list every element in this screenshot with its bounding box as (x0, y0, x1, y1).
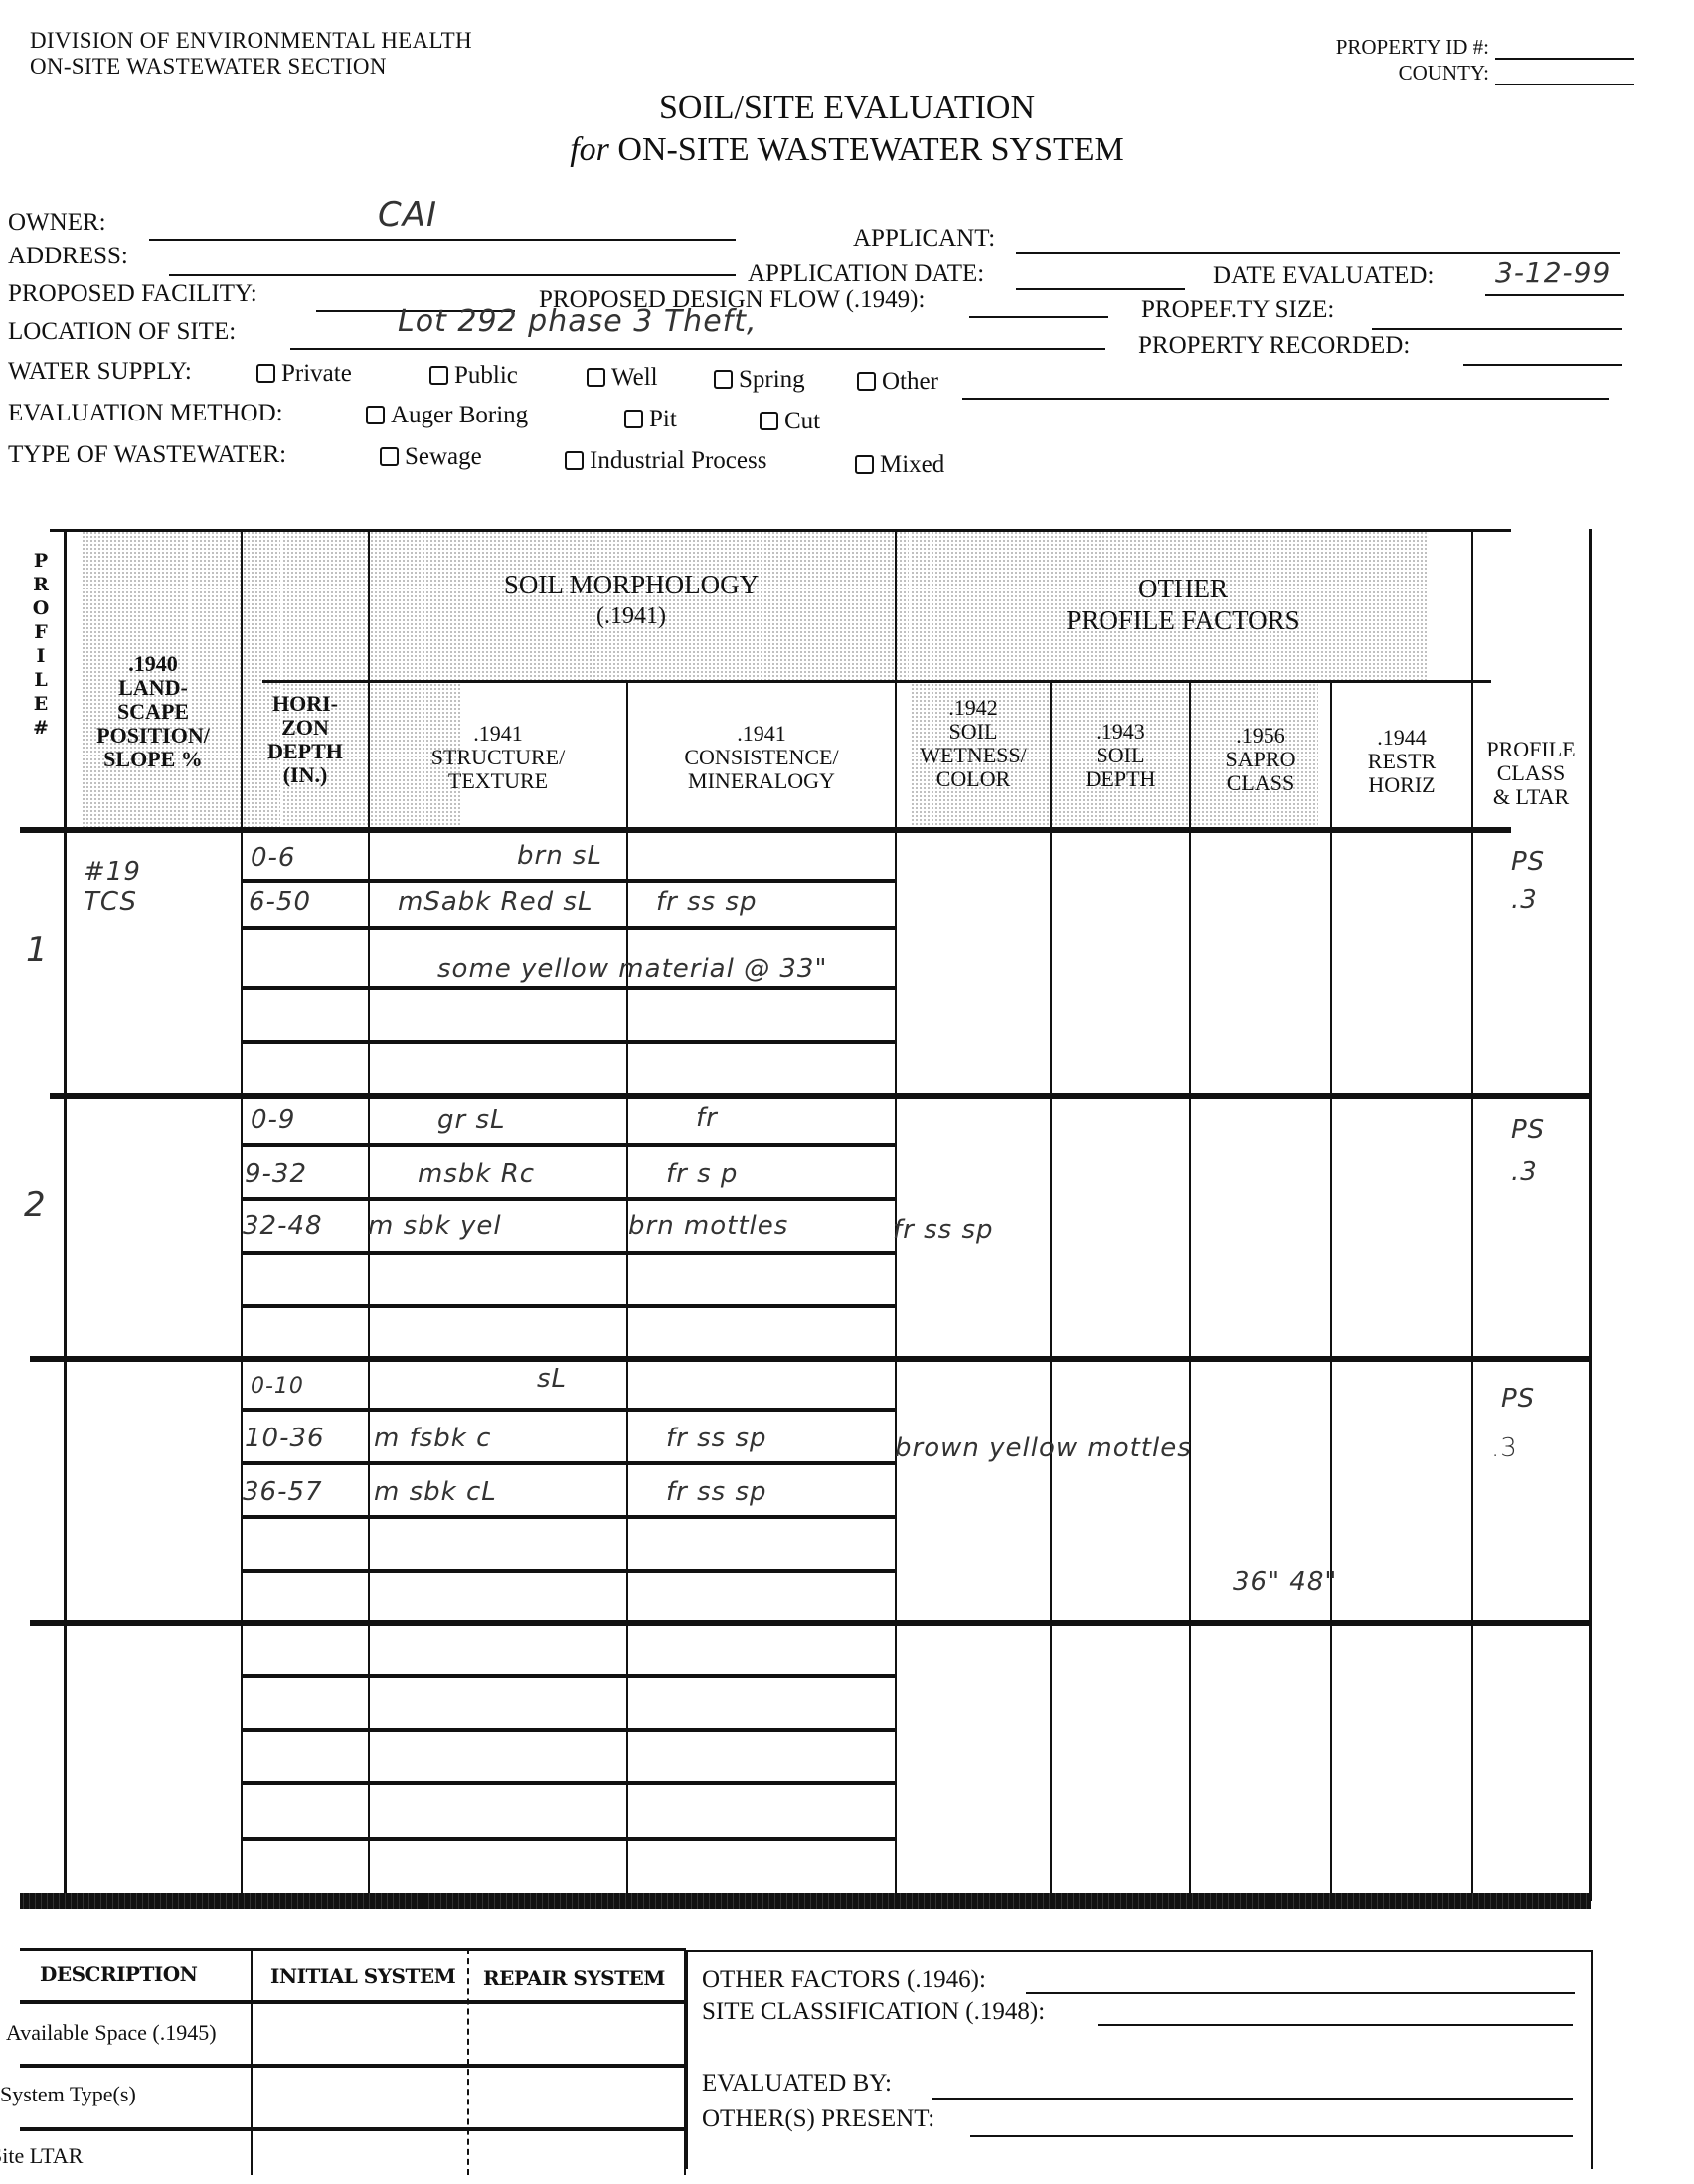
structure-texture-header: .1941 STRUCTURE/ TEXTURE (370, 722, 626, 793)
profile-1-h2-consistence[interactable]: fr ss sp (656, 887, 758, 917)
location-field[interactable] (290, 348, 1105, 350)
consistence-header: .1941 CONSISTENCE/ MINERALOGY (628, 722, 895, 793)
profile-3-depth-note[interactable]: 36" 48" (1233, 1567, 1337, 1596)
checkbox-icon[interactable] (587, 368, 605, 387)
other-factors-field[interactable] (1026, 1992, 1575, 1994)
profile-1-h2-depth[interactable]: 6-50 (249, 887, 311, 917)
profile-1-h1-structure[interactable]: brn sL (517, 841, 602, 871)
horizon-row-line (241, 1197, 895, 1201)
repair-available-space-cell[interactable] (469, 2004, 682, 2062)
soil-morphology-header: SOIL MORPHOLOGY (.1941) (368, 569, 895, 632)
horizon-row-line (241, 879, 895, 883)
owner-value: CAI (378, 195, 437, 235)
soil-depth-header: .1943 SOIL DEPTH (1052, 720, 1189, 791)
sapro-class-header: .1956 SAPRO CLASS (1191, 724, 1330, 795)
county-field[interactable] (1495, 68, 1634, 85)
horizon-row-line (241, 1251, 895, 1255)
profile-3-h2-depth[interactable]: 10-36 (245, 1424, 325, 1453)
profile-2-number: 2 (24, 1185, 47, 1225)
site-summary-box: OTHER FACTORS (.1946): SITE CLASSIFICATI… (686, 1950, 1593, 2169)
profile-2-wetness[interactable]: fr ss sp (893, 1215, 994, 1245)
profile-2-h2-depth[interactable]: 9-32 (245, 1159, 307, 1189)
property-id-field[interactable] (1495, 42, 1634, 60)
checkbox-icon[interactable] (366, 406, 385, 424)
checkbox-icon[interactable] (714, 370, 733, 389)
others-present-field[interactable] (970, 2135, 1573, 2137)
profile-2-h1-consistence[interactable]: fr (696, 1103, 718, 1133)
profile-1-landscape[interactable]: #19 TCS (84, 857, 153, 917)
profile-number-header: PROFILE# (30, 549, 52, 740)
property-size-field[interactable] (1372, 328, 1622, 330)
initial-system-header: INITIAL SYSTEM (270, 1964, 455, 1988)
application-date-field[interactable] (1016, 288, 1185, 290)
property-size-label: PROPEF.TY SIZE: (1141, 296, 1334, 324)
checkbox-icon[interactable] (857, 372, 876, 391)
others-present-label: OTHER(S) PRESENT: (702, 2105, 934, 2133)
wastewater-type-mixed[interactable]: Mixed (855, 451, 944, 479)
profile-3-h3-depth[interactable]: 36-57 (243, 1477, 323, 1507)
agency-header: DIVISION OF ENVIRONMENTAL HEALTH ON-SITE… (30, 28, 472, 80)
horizon-row-line (241, 1408, 895, 1412)
profile-3-class[interactable]: PS (1501, 1384, 1535, 1414)
site-ltar-label: Site LTAR (0, 2143, 83, 2169)
profile-divider (30, 1620, 1591, 1626)
horizon-row-line (241, 1728, 895, 1732)
form-title: SOIL/SITE EVALUATION for ON-SITE WASTEWA… (0, 87, 1694, 171)
agency-section: ON-SITE WASTEWATER SECTION (30, 54, 472, 80)
profile-3-h2-structure[interactable]: m fsbk c (374, 1424, 491, 1453)
wastewater-type-sewage[interactable]: Sewage (380, 443, 482, 471)
horizon-row-line (241, 1461, 895, 1465)
water-supply-well[interactable]: Well (587, 364, 658, 392)
checkbox-icon[interactable] (565, 451, 584, 470)
profile-1-number: 1 (26, 930, 49, 970)
county-label: COUNTY: (1399, 60, 1489, 85)
location-value: Lot 292 phase 3 Theft, (398, 304, 758, 339)
profile-3-h1-depth[interactable]: 0-10 (251, 1374, 304, 1399)
initial-system-type-cell[interactable] (253, 2068, 465, 2125)
bottom-table-top (20, 1948, 686, 1951)
address-field[interactable] (169, 274, 736, 276)
applicant-label: APPLICANT: (853, 225, 995, 252)
applicant-field[interactable] (1016, 252, 1620, 254)
other-factors-label: OTHER FACTORS (.1946): (702, 1966, 986, 1994)
horizon-row-line (241, 986, 895, 990)
water-supply-spring[interactable]: Spring (714, 366, 805, 394)
table-bottom-band (20, 1893, 1591, 1909)
profile-3-ltar[interactable]: .3 (1491, 1433, 1518, 1463)
application-date-label: APPLICATION DATE: (748, 260, 984, 288)
initial-ltar-cell[interactable] (253, 2131, 465, 2175)
water-supply-public[interactable]: Public (429, 362, 518, 390)
soil-profile-table: PROFILE# .1940 LAND- SCAPE POSITION/ SLO… (20, 529, 1591, 1911)
evaluated-by-label: EVALUATED BY: (702, 2070, 892, 2098)
profile-3-h1-structure[interactable]: sL (537, 1364, 567, 1394)
col-border (1330, 680, 1332, 1901)
owner-label: OWNER: (8, 209, 106, 237)
profile-1-note[interactable]: some yellow material @ 33" (437, 954, 827, 984)
evaluation-method-pit[interactable]: Pit (624, 406, 677, 433)
water-supply-other[interactable]: Other (857, 368, 938, 396)
profile-1-class[interactable]: PS (1511, 847, 1545, 877)
profile-divider (30, 1356, 1591, 1362)
repair-system-type-cell[interactable] (469, 2068, 682, 2125)
water-supply-other-field[interactable] (962, 398, 1609, 400)
header-divider (262, 680, 1491, 683)
design-flow-field[interactable] (969, 316, 1108, 318)
horizon-row-line (241, 1837, 895, 1841)
date-evaluated-value: 3-12-99 (1495, 256, 1610, 289)
evaluation-method-cut[interactable]: Cut (760, 408, 820, 435)
form-title-line1: SOIL/SITE EVALUATION (0, 87, 1694, 129)
wastewater-type-industrial[interactable]: Industrial Process (565, 447, 766, 475)
description-header: DESCRIPTION (40, 1962, 197, 1986)
form-title-line2: for ON-SITE WASTEWATER SYSTEM (0, 129, 1694, 171)
property-recorded-field[interactable] (1463, 364, 1622, 366)
table-top-border (50, 529, 1511, 532)
profile-1-h1-depth[interactable]: 0-6 (251, 843, 295, 873)
horizon-row-line (241, 1515, 895, 1519)
col-border (1050, 680, 1052, 1901)
checkbox-icon[interactable] (855, 455, 874, 474)
repair-ltar-cell[interactable] (469, 2131, 682, 2175)
checkbox-icon[interactable] (760, 412, 778, 430)
property-id-block: PROPERTY ID #: COUNTY: (1336, 34, 1634, 85)
profile-3-h3-consistence[interactable]: fr ss sp (666, 1477, 767, 1507)
evaluation-method-label: EVALUATION METHOD: (8, 400, 283, 427)
site-classification-field[interactable] (1098, 2024, 1573, 2026)
header-bottom-border (20, 827, 1511, 833)
profile-3-wetness[interactable]: brown yellow mottles (895, 1433, 1192, 1463)
checkbox-icon[interactable] (429, 366, 448, 385)
horizon-row-line (241, 1674, 895, 1678)
profile-2-h2-consistence[interactable]: fr s p (666, 1159, 738, 1189)
water-supply-label: WATER SUPPLY: (8, 358, 192, 386)
horizon-depth-header: HORI- ZON DEPTH (IN.) (243, 692, 368, 787)
checkbox-icon[interactable] (380, 447, 399, 466)
date-evaluated-field[interactable] (1485, 294, 1624, 296)
profile-2-h2-structure[interactable]: msbk Rc (418, 1159, 535, 1189)
restr-horiz-header: .1944 RESTR HORIZ (1332, 726, 1471, 797)
profile-3-h3-structure[interactable]: m sbk cL (374, 1477, 497, 1507)
site-classification-label: SITE CLASSIFICATION (.1948): (702, 1998, 1045, 2026)
horizon-row-line (241, 1143, 895, 1147)
col-border (1471, 529, 1473, 1901)
horizon-row-line (241, 1781, 895, 1785)
profile-class-ltar-header: PROFILE CLASS & LTAR (1473, 738, 1589, 809)
profile-2-h3-consistence[interactable]: brn mottles (628, 1211, 788, 1241)
profile-2-class[interactable]: PS (1511, 1115, 1545, 1145)
profile-1-h2-structure[interactable]: mSabk Red sL (398, 887, 593, 917)
date-evaluated-label: DATE EVALUATED: (1213, 262, 1434, 290)
initial-available-space-cell[interactable] (253, 2004, 465, 2062)
horizon-row-line (241, 1304, 895, 1308)
repair-system-header: REPAIR SYSTEM (483, 1966, 665, 1990)
property-id-label: PROPERTY ID #: (1336, 34, 1489, 60)
profile-2-h1-depth[interactable]: 0-9 (251, 1105, 295, 1135)
checkbox-icon[interactable] (624, 410, 643, 428)
system-type-label: System Type(s) (0, 2082, 136, 2107)
landscape-header: .1940 LAND- SCAPE POSITION/ SLOPE % (74, 652, 233, 771)
profile-divider (50, 1093, 1591, 1099)
checkbox-icon[interactable] (256, 364, 275, 383)
profile-2-h3-structure[interactable]: m sbk yel (368, 1211, 502, 1241)
soil-wetness-header: .1942 SOIL WETNESS/ COLOR (897, 696, 1050, 791)
col-border (64, 529, 67, 1901)
other-profile-factors-header: OTHER PROFILE FACTORS (895, 573, 1471, 636)
owner-field[interactable] (149, 239, 736, 241)
wastewater-type-label: TYPE OF WASTEWATER: (8, 441, 286, 469)
col-border (1189, 680, 1191, 1901)
address-label: ADDRESS: (8, 243, 128, 270)
profile-2-h1-structure[interactable]: gr sL (437, 1105, 506, 1135)
horizon-row-line (241, 1040, 895, 1044)
property-recorded-label: PROPERTY RECORDED: (1138, 332, 1410, 360)
evaluated-by-field[interactable] (932, 2098, 1573, 2100)
agency-division: DIVISION OF ENVIRONMENTAL HEALTH (30, 28, 472, 54)
proposed-facility-label: PROPOSED FACILITY: (8, 280, 257, 308)
profile-1-ltar[interactable]: .3 (1511, 885, 1538, 915)
water-supply-private[interactable]: Private (256, 360, 352, 388)
profile-2-ltar[interactable]: .3 (1511, 1157, 1538, 1187)
profile-3-h2-consistence[interactable]: fr ss sp (666, 1424, 767, 1453)
col-border (1589, 529, 1592, 1901)
horizon-row-line (241, 926, 895, 930)
col-border (626, 680, 628, 1901)
location-label: LOCATION OF SITE: (8, 318, 236, 346)
horizon-row-line (241, 1569, 895, 1573)
evaluation-method-auger[interactable]: Auger Boring (366, 402, 528, 429)
profile-2-h3-depth[interactable]: 32-48 (243, 1211, 323, 1241)
available-space-label: Available Space (.1945) (6, 2020, 217, 2046)
